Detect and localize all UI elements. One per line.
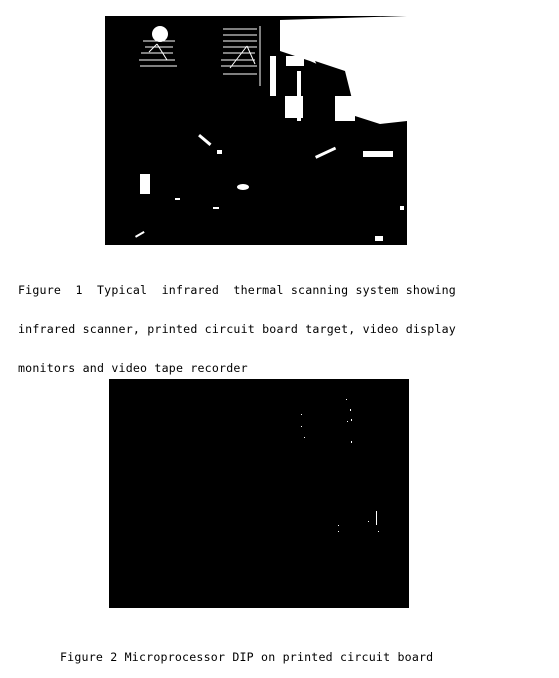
scanning-system-image <box>105 16 407 245</box>
figure-1-caption: Figure 1 Typical infrared thermal scanni… <box>18 258 456 388</box>
figure-2-photo <box>109 379 409 608</box>
figure-1-photo <box>105 16 407 245</box>
caption-line: monitors and video tape recorder <box>18 362 456 375</box>
caption-line: Figure 1 Typical infrared thermal scanni… <box>18 284 456 297</box>
microprocessor-dip-image <box>109 379 409 608</box>
caption-line: infrared scanner, printed circuit board … <box>18 323 456 336</box>
caption-line: Figure 2 Microprocessor DIP on printed c… <box>60 651 433 664</box>
figure-2-caption: Figure 2 Microprocessor DIP on printed c… <box>60 625 433 677</box>
